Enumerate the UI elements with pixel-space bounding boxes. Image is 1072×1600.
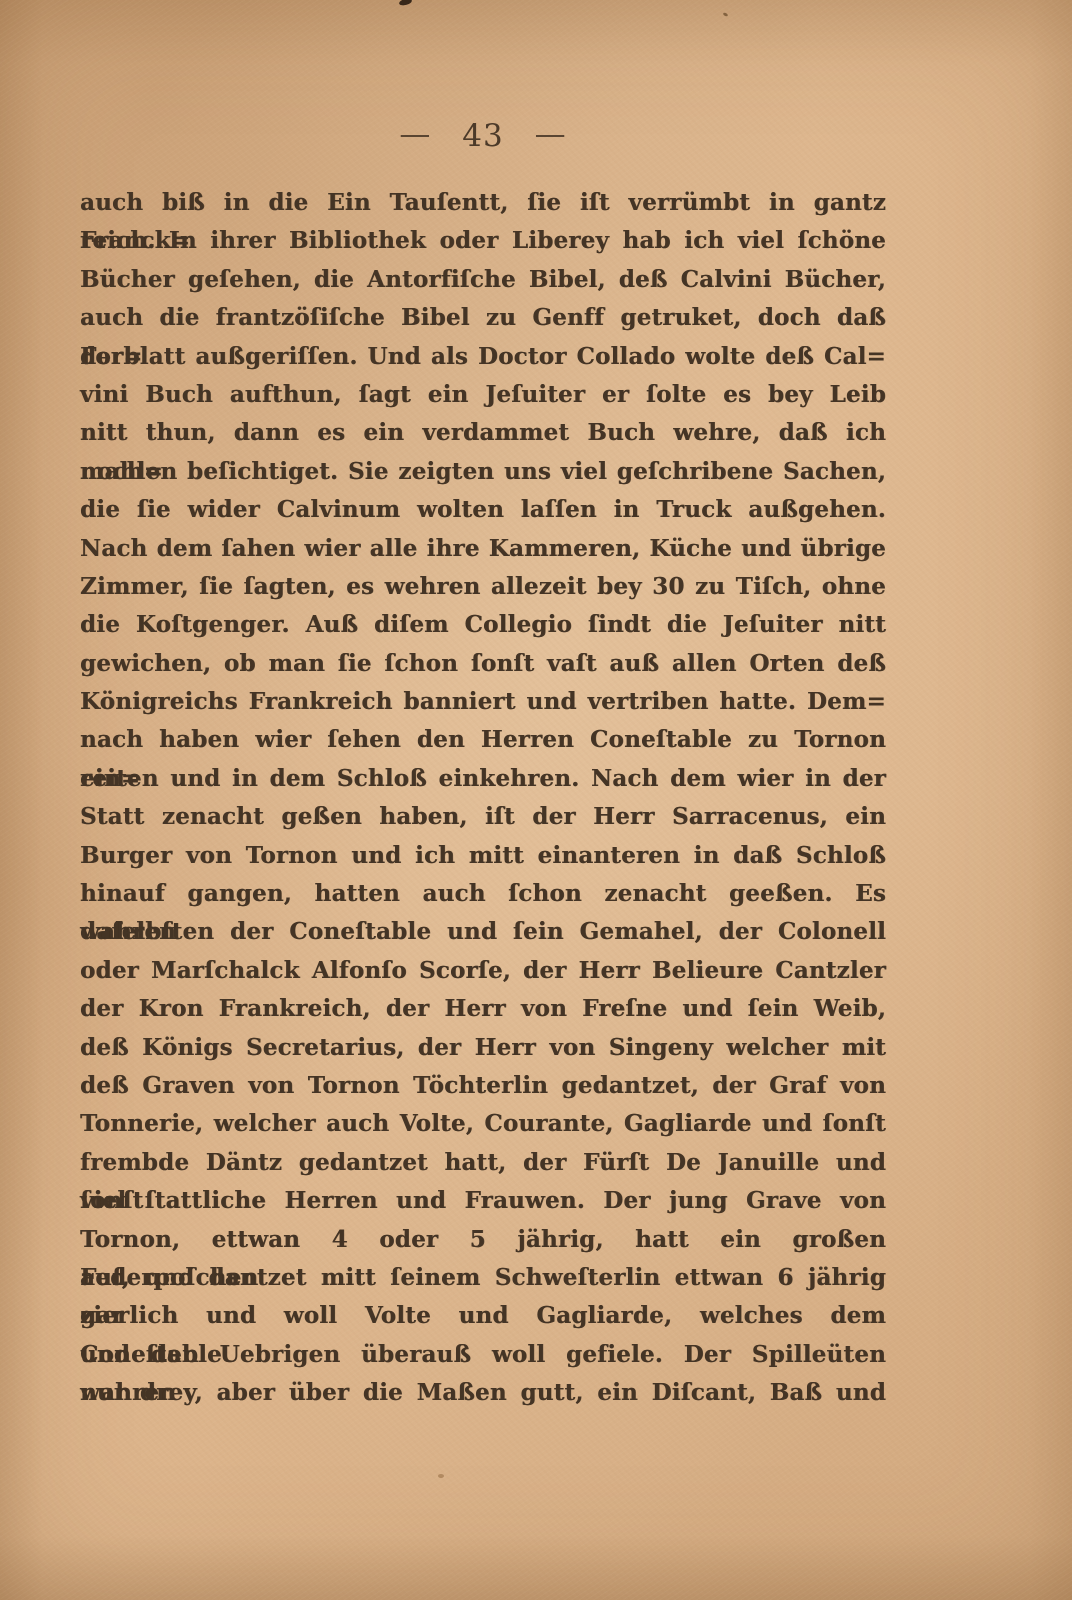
text-line: mahlen beſichtiget. Sie zeigten uns viel…	[80, 453, 886, 491]
text-line: Tornon, ettwan 4 oder 5 jährig, hatt ein…	[80, 1221, 886, 1259]
ink-speck	[398, 0, 412, 6]
text-line: daſelbſten der Coneſtable und ſein Gemah…	[80, 913, 886, 951]
text-line: nur drey, aber über die Maßen gutt, ein …	[80, 1374, 886, 1412]
text-line: und den Uebrigen überauß woll gefiele. D…	[80, 1336, 886, 1374]
running-head: — 43 —	[80, 116, 886, 156]
text-line: auch biß in die Ein Tauſentt, ſie iſt ve…	[80, 184, 886, 222]
text-line: auch die frantzöſiſche Bibel zu Genff ge…	[80, 299, 886, 337]
text-line: deß Graven von Tornon Töchterlin gedantz…	[80, 1067, 886, 1105]
text-line: gewichen, ob man ſie ſchon ſonſt vaſt au…	[80, 645, 886, 683]
text-line: frembde Däntz gedantzet hatt, der Fürſt …	[80, 1144, 886, 1182]
text-line: viel ſtattliche Herren und Frauwen. Der …	[80, 1182, 886, 1220]
text-line: deß Königs Secretarius, der Herr von Sin…	[80, 1029, 886, 1067]
text-line: die Koſtgenger. Auß diſem Collegio ſindt…	[80, 606, 886, 644]
text-line: nitt thun, dann es ein verdammet Buch we…	[80, 414, 886, 452]
text-line: nach haben wier ſehen den Herren Coneſta…	[80, 721, 886, 759]
text-line: hinauf gangen, hatten auch ſchon zenacht…	[80, 875, 886, 913]
text-line: die ſie wider Calvinum wolten laſſen in …	[80, 491, 886, 529]
text-line: reiten und in dem Schloß einkehren. Nach…	[80, 760, 886, 798]
header-dash-left: —	[399, 114, 431, 154]
text-line: der Kron Frankreich, der Herr von Freſne…	[80, 990, 886, 1028]
text-line: derblatt außgeriſſen. Und als Doctor Col…	[80, 338, 886, 376]
text-line: Nach dem ſahen wier alle ihre Kammeren, …	[80, 530, 886, 568]
book-page: — 43 — auch biß in die Ein Tauſentt, ſie…	[0, 0, 1072, 1600]
text-line: Zimmer, ſie ſagten, es wehren allezeit b…	[80, 568, 886, 606]
body-text-block: auch biß in die Ein Tauſentt, ſie iſt ve…	[80, 184, 886, 1413]
page-number: 43	[462, 116, 503, 156]
header-dash-right: —	[535, 114, 567, 154]
text-line: zierlich und woll Volte und Gagliarde, w…	[80, 1297, 886, 1335]
text-line: Burger von Tornon und ich mitt einantere…	[80, 837, 886, 875]
text-line: Tonnerie, welcher auch Volte, Courante, …	[80, 1105, 886, 1143]
text-line: auf, und dantzet mitt ſeinem Schweſterli…	[80, 1259, 886, 1297]
paper-speck	[723, 12, 729, 17]
text-line: Statt zenacht geßen haben, iſt der Herr …	[80, 798, 886, 836]
text-line: vini Buch aufthun, ſagt ein Jeſuiter er …	[80, 376, 886, 414]
paper-speck	[438, 1474, 444, 1478]
text-line: Bücher geſehen, die Antorfiſche Bibel, d…	[80, 261, 886, 299]
text-line: reich. In ihrer Bibliothek oder Liberey …	[80, 222, 886, 260]
text-line: oder Marſchalck Alfonſo Scorſe, der Herr…	[80, 952, 886, 990]
text-line: Königreichs Frankreich banniert und vert…	[80, 683, 886, 721]
